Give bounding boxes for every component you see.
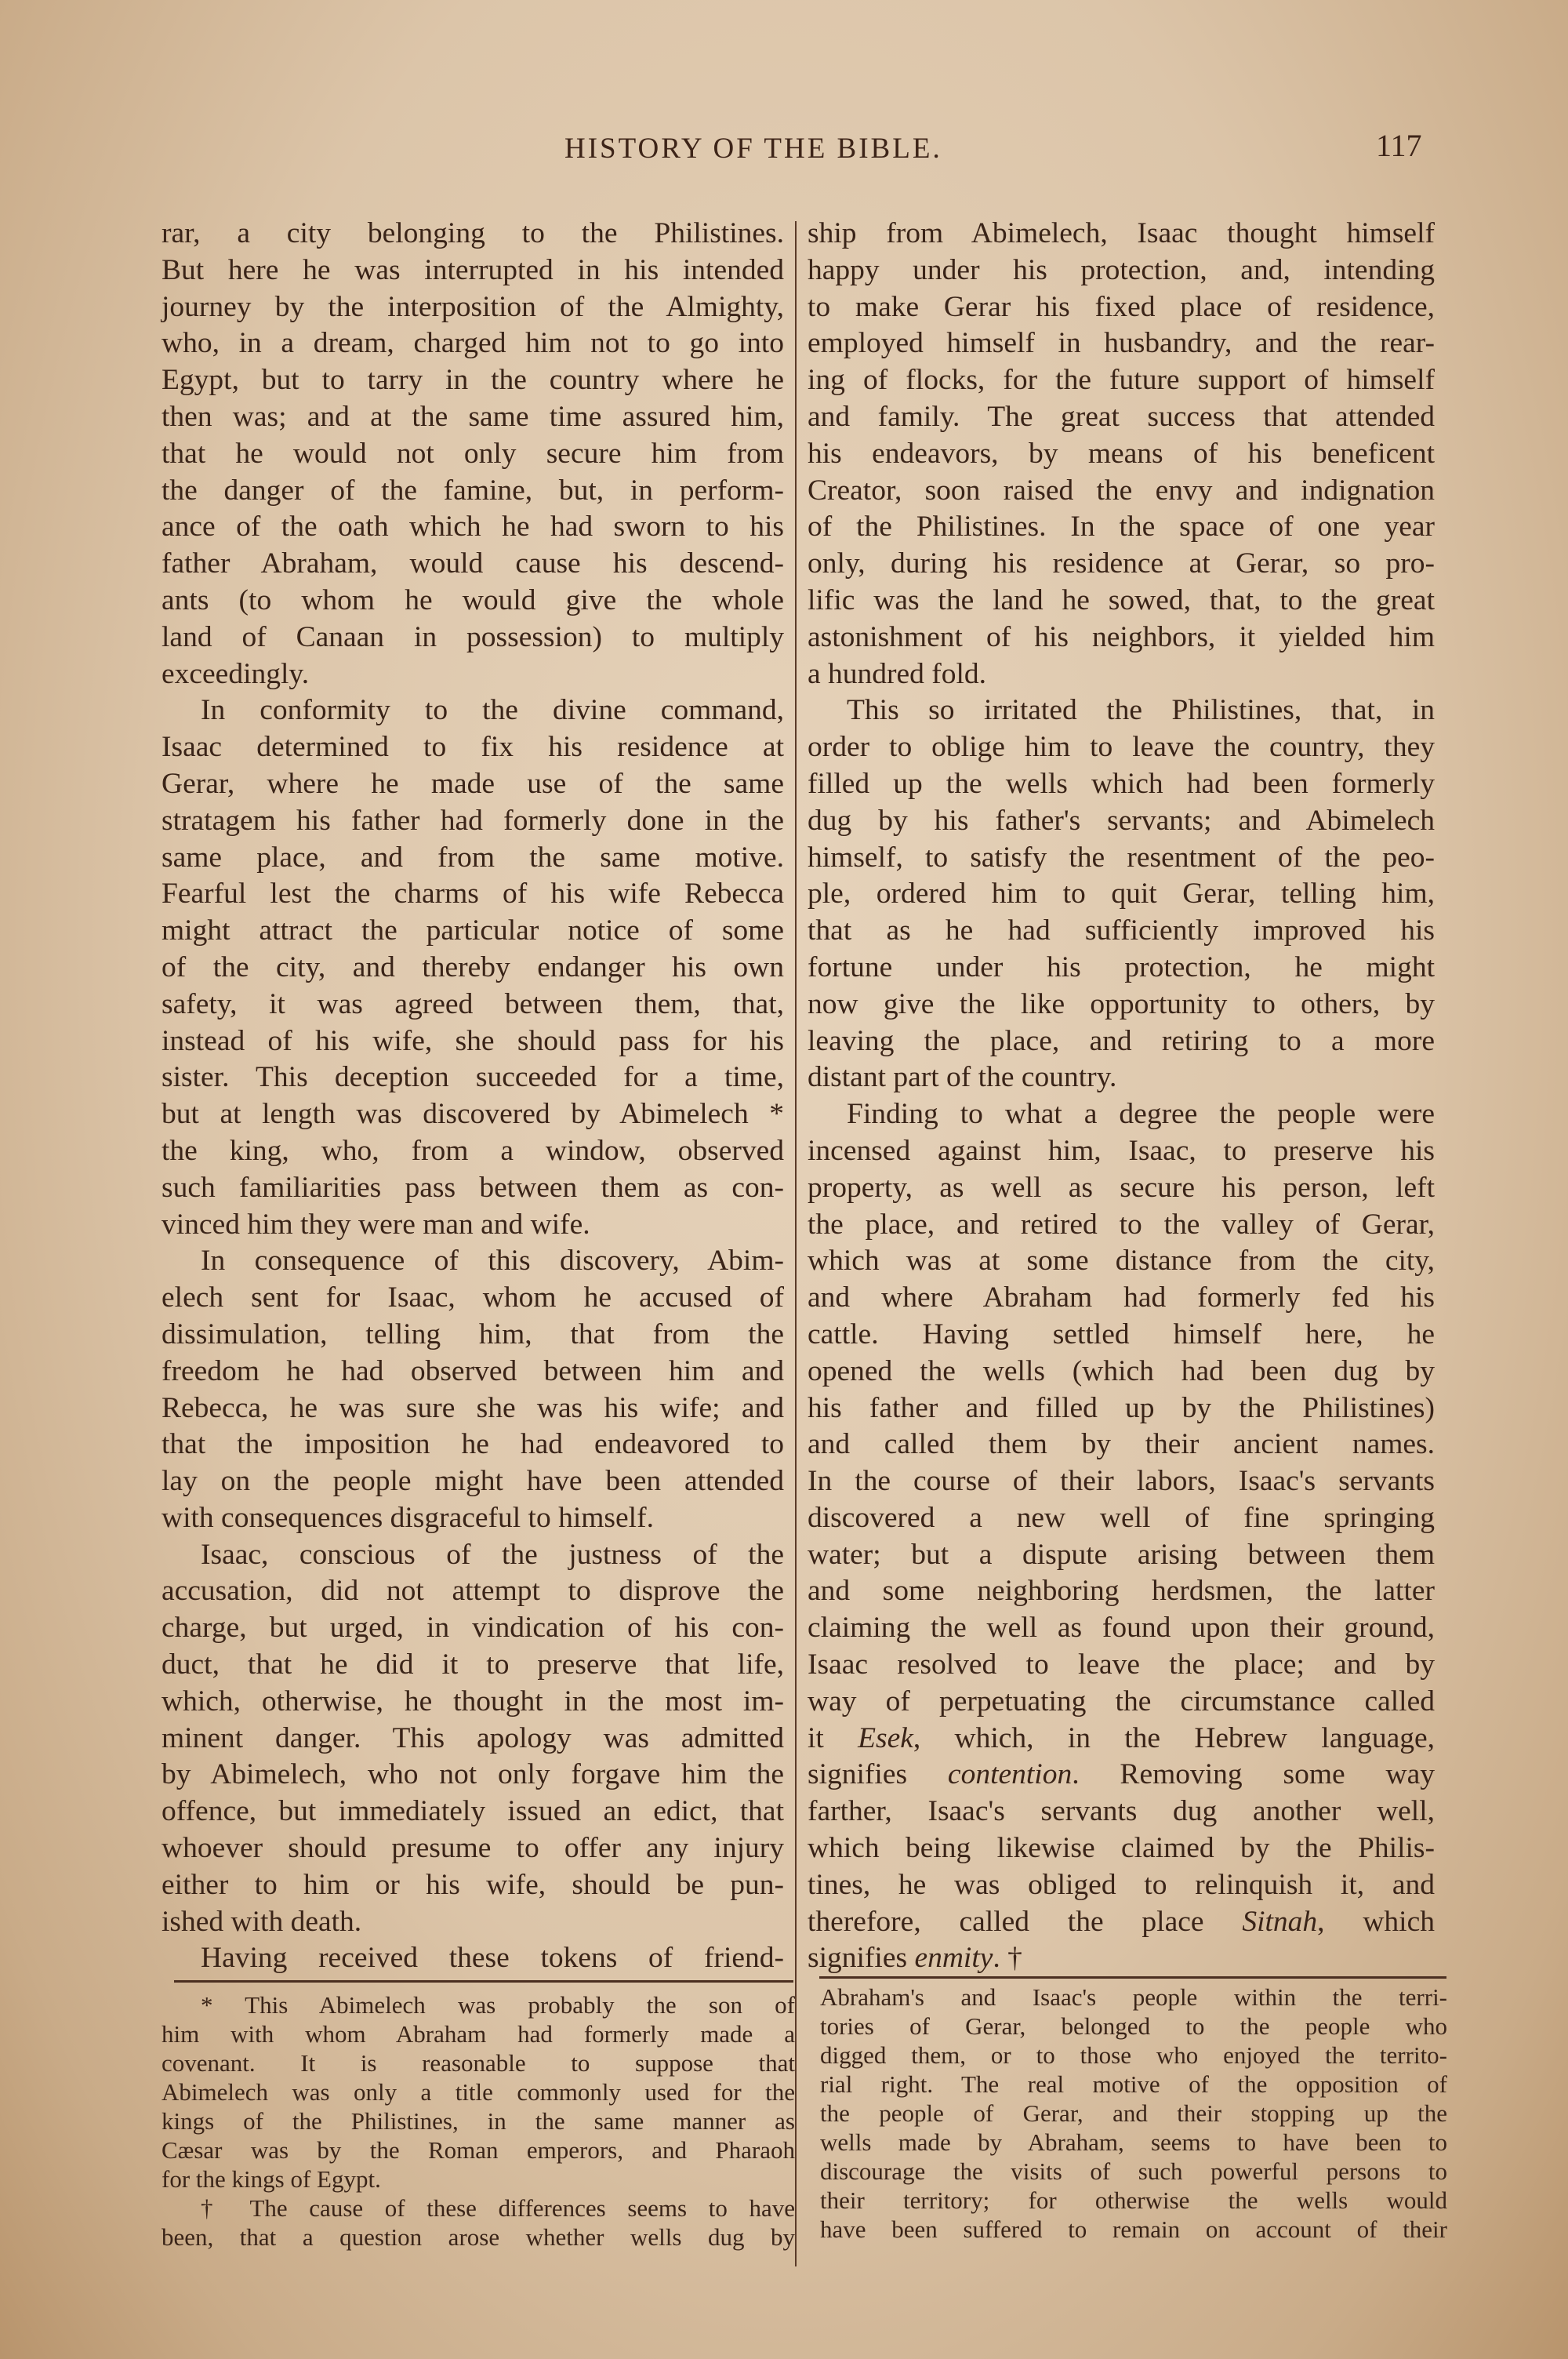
text-line: now give the like opportunity to others,… — [808, 987, 1435, 1023]
text-line: by Abimelech, who not only forgave him t… — [162, 1757, 784, 1794]
text-run: therefore, called the place — [808, 1906, 1242, 1938]
text-run: , which, in the Hebrew language, — [913, 1722, 1435, 1754]
right-column-body: ship from Abimelech, Isaac thought himse… — [808, 216, 1435, 1977]
text-line: the place, and retired to the valley of … — [808, 1207, 1435, 1244]
text-line: to make Gerar his fixed place of residen… — [808, 289, 1435, 326]
text-line: Isaac resolved to leave the place; and b… — [808, 1647, 1435, 1684]
text-line: then was; and at the same time assured h… — [162, 399, 784, 436]
text-run: signifies — [808, 1758, 948, 1790]
text-run: . Removing some way — [1072, 1758, 1435, 1790]
text-line: lific was the land he sowed, that, to th… — [808, 583, 1435, 620]
text-line: water; but a dispute arising between the… — [808, 1537, 1435, 1574]
text-line: rar, a city belonging to the Philistines… — [162, 216, 784, 253]
text-line: whoever should presume to offer any inju… — [162, 1830, 784, 1867]
text-line: of the city, and thereby endanger his ow… — [162, 950, 784, 987]
text-line: the king, who, from a window, observed — [162, 1133, 784, 1170]
text-line: instead of his wife, she should pass for… — [162, 1023, 784, 1060]
text-line: journey by the interposition of the Almi… — [162, 289, 784, 326]
text-line: safety, it was agreed between them, that… — [162, 987, 784, 1023]
text-line: Creator, soon raised the envy and indign… — [808, 473, 1435, 510]
text-line: Abimelech was only a title commonly used… — [162, 2077, 795, 2106]
italic-term: Esek — [858, 1722, 913, 1754]
text-line: way of perpetuating the circumstance cal… — [808, 1684, 1435, 1721]
text-line: duct, that he did it to preserve that li… — [162, 1647, 784, 1684]
text-line: wells made by Abraham, seems to have bee… — [820, 2128, 1447, 2157]
text-line: Having received these tokens of friend- — [162, 1940, 784, 1977]
text-line: which was at some distance from the city… — [808, 1243, 1435, 1280]
text-line: Isaac, conscious of the justness of the — [162, 1537, 784, 1574]
page-number: 117 — [1376, 127, 1422, 164]
text-line: † The cause of these differences seems t… — [162, 2194, 795, 2223]
italic-term: Sitnah — [1242, 1906, 1317, 1938]
text-line: either to him or his wife, should be pun… — [162, 1867, 784, 1904]
text-line: happy under his protection, and, intendi… — [808, 253, 1435, 289]
text-line: offence, but immediately issued an edict… — [162, 1794, 784, 1830]
left-column-body: rar, a city belonging to the Philistines… — [162, 216, 784, 1977]
text-line: elech sent for Isaac, whom he accused of — [162, 1280, 784, 1317]
footnote-rule-right — [819, 1976, 1446, 1979]
text-line: same place, and from the same motive. — [162, 840, 784, 877]
text-line: ished with death. — [162, 1904, 784, 1941]
text-line: astonishment of his neighbors, it yielde… — [808, 620, 1435, 656]
text-line: with consequences disgraceful to himself… — [162, 1500, 784, 1537]
text-line: In consequence of this discovery, Abim- — [162, 1243, 784, 1280]
text-line: ple, ordered him to quit Gerar, telling … — [808, 876, 1435, 913]
text-line: covenant. It is reasonable to suppose th… — [162, 2048, 795, 2077]
running-title: HISTORY OF THE BIBLE. — [564, 132, 942, 165]
text-line: might attract the particular notice of s… — [162, 913, 784, 950]
text-line: Egypt, but to tarry in the country where… — [162, 362, 784, 399]
text-line: that he would not only secure him from — [162, 436, 784, 473]
text-line: filled up the wells which had been forme… — [808, 766, 1435, 803]
text-line: signifies contention. Removing some way — [808, 1757, 1435, 1794]
footnotes-left: * This Abimelech was probably the son of… — [162, 1990, 795, 2252]
text-line: and family. The great success that atten… — [808, 399, 1435, 436]
text-run: signifies — [808, 1942, 914, 1974]
text-line: employed himself in husbandry, and the r… — [808, 325, 1435, 362]
text-line: charge, but urged, in vindication of his… — [162, 1610, 784, 1647]
footnotes-right: Abraham's and Isaac's people within the … — [820, 1983, 1447, 2244]
text-run: . † — [993, 1942, 1022, 1974]
text-line: cattle. Having settled himself here, he — [808, 1317, 1435, 1354]
text-line: of the Philistines. In the space of one … — [808, 509, 1435, 546]
text-line: freedom he had observed between him and — [162, 1354, 784, 1390]
text-line: and called them by their ancient names. — [808, 1427, 1435, 1463]
text-line: that as he had sufficiently improved his — [808, 913, 1435, 950]
text-line: the people of Gerar, and their stopping … — [820, 2099, 1447, 2128]
text-line: which, otherwise, he thought in the most… — [162, 1684, 784, 1721]
text-line: such familiarities pass between them as … — [162, 1170, 784, 1207]
text-line: exceedingly. — [162, 656, 784, 693]
text-line: order to oblige him to leave the country… — [808, 729, 1435, 766]
text-line: fortune under his protection, he might — [808, 950, 1435, 987]
text-run: it — [808, 1722, 858, 1754]
text-line: only, during his residence at Gerar, so … — [808, 546, 1435, 583]
text-line: kings of the Philistines, in the same ma… — [162, 2106, 795, 2135]
text-line: their territory; for otherwise the wells… — [820, 2186, 1447, 2215]
text-line: In the course of their labors, Isaac's s… — [808, 1463, 1435, 1500]
text-line: Fearful lest the charms of his wife Rebe… — [162, 876, 784, 913]
text-line: and some neighboring herdsmen, the latte… — [808, 1573, 1435, 1610]
text-line: therefore, called the place Sitnah, whic… — [808, 1904, 1435, 1941]
text-line: who, in a dream, charged him not to go i… — [162, 325, 784, 362]
text-line: himself, to satisfy the resentment of th… — [808, 840, 1435, 877]
text-line: But here he was interrupted in his inten… — [162, 253, 784, 289]
text-line: discovered a new well of fine springing — [808, 1500, 1435, 1537]
text-line: have been suffered to remain on account … — [820, 2215, 1447, 2244]
text-line: ants (to whom he would give the whole — [162, 583, 784, 620]
text-line: for the kings of Egypt. — [162, 2165, 795, 2194]
text-line: minent danger. This apology was admitted — [162, 1721, 784, 1757]
text-line: signifies enmity. † — [808, 1940, 1435, 1977]
page-header: HISTORY OF THE BIBLE. 117 — [0, 125, 1568, 173]
text-line: ship from Abimelech, Isaac thought himse… — [808, 216, 1435, 253]
text-line: been, that a question arose whether well… — [162, 2223, 795, 2252]
italic-term: enmity — [914, 1942, 993, 1974]
text-line: Rebecca, he was sure she was his wife; a… — [162, 1390, 784, 1427]
text-line: rial right. The real motive of the oppos… — [820, 2070, 1447, 2099]
text-line: property, as well as secure his person, … — [808, 1170, 1435, 1207]
text-line: his endeavors, by means of his beneficen… — [808, 436, 1435, 473]
text-line: Isaac determined to fix his residence at — [162, 729, 784, 766]
text-line: the danger of the famine, but, in perfor… — [162, 473, 784, 510]
text-line: In conformity to the divine command, — [162, 692, 784, 729]
text-line: dissimulation, telling him, that from th… — [162, 1317, 784, 1354]
text-line: leaving the place, and retiring to a mor… — [808, 1023, 1435, 1060]
text-line: stratagem his father had formerly done i… — [162, 803, 784, 840]
text-line: opened the wells (which had been dug by — [808, 1354, 1435, 1390]
text-run: , which — [1317, 1906, 1435, 1938]
text-line: Cæsar was by the Roman emperors, and Pha… — [162, 2135, 795, 2165]
text-line: a hundred fold. — [808, 656, 1435, 693]
text-line: which being likewise claimed by the Phil… — [808, 1830, 1435, 1867]
text-line: This so irritated the Philistines, that,… — [808, 692, 1435, 729]
text-line: father Abraham, would cause his descend- — [162, 546, 784, 583]
text-line: land of Canaan in possession) to multipl… — [162, 620, 784, 656]
text-line: dug by his father's servants; and Abimel… — [808, 803, 1435, 840]
text-line: sister. This deception succeeded for a t… — [162, 1060, 784, 1096]
text-line: lay on the people might have been attend… — [162, 1463, 784, 1500]
text-line: accusation, did not attempt to disprove … — [162, 1573, 784, 1610]
text-line: discourage the visits of such powerful p… — [820, 2157, 1447, 2186]
text-line: Finding to what a degree the people were — [808, 1096, 1435, 1133]
text-line: ance of the oath which he had sworn to h… — [162, 509, 784, 546]
text-line: claiming the well as found upon their gr… — [808, 1610, 1435, 1647]
text-line: farther, Isaac's servants dug another we… — [808, 1794, 1435, 1830]
footnote-rule-left — [174, 1980, 793, 1983]
text-line: vinced him they were man and wife. — [162, 1207, 784, 1244]
text-line: tines, he was obliged to relinquish it, … — [808, 1867, 1435, 1904]
text-line: and where Abraham had formerly fed his — [808, 1280, 1435, 1317]
text-line: it Esek, which, in the Hebrew language, — [808, 1721, 1435, 1757]
column-divider — [795, 221, 797, 2266]
text-line: him with whom Abraham had formerly made … — [162, 2019, 795, 2048]
text-line: tories of Gerar, belonged to the people … — [820, 2012, 1447, 2041]
text-line: incensed against him, Isaac, to preserve… — [808, 1133, 1435, 1170]
text-line: * This Abimelech was probably the son of — [162, 1990, 795, 2019]
text-line: digged them, or to those who enjoyed the… — [820, 2041, 1447, 2070]
text-line: ing of flocks, for the future support of… — [808, 362, 1435, 399]
text-line: his father and filled up by the Philisti… — [808, 1390, 1435, 1427]
italic-term: contention — [948, 1758, 1072, 1790]
text-line: but at length was discovered by Abimelec… — [162, 1096, 784, 1133]
text-line: distant part of the country. — [808, 1060, 1435, 1096]
text-line: that the imposition he had endeavored to — [162, 1427, 784, 1463]
text-line: Abraham's and Isaac's people within the … — [820, 1983, 1447, 2012]
text-line: Gerar, where he made use of the same — [162, 766, 784, 803]
